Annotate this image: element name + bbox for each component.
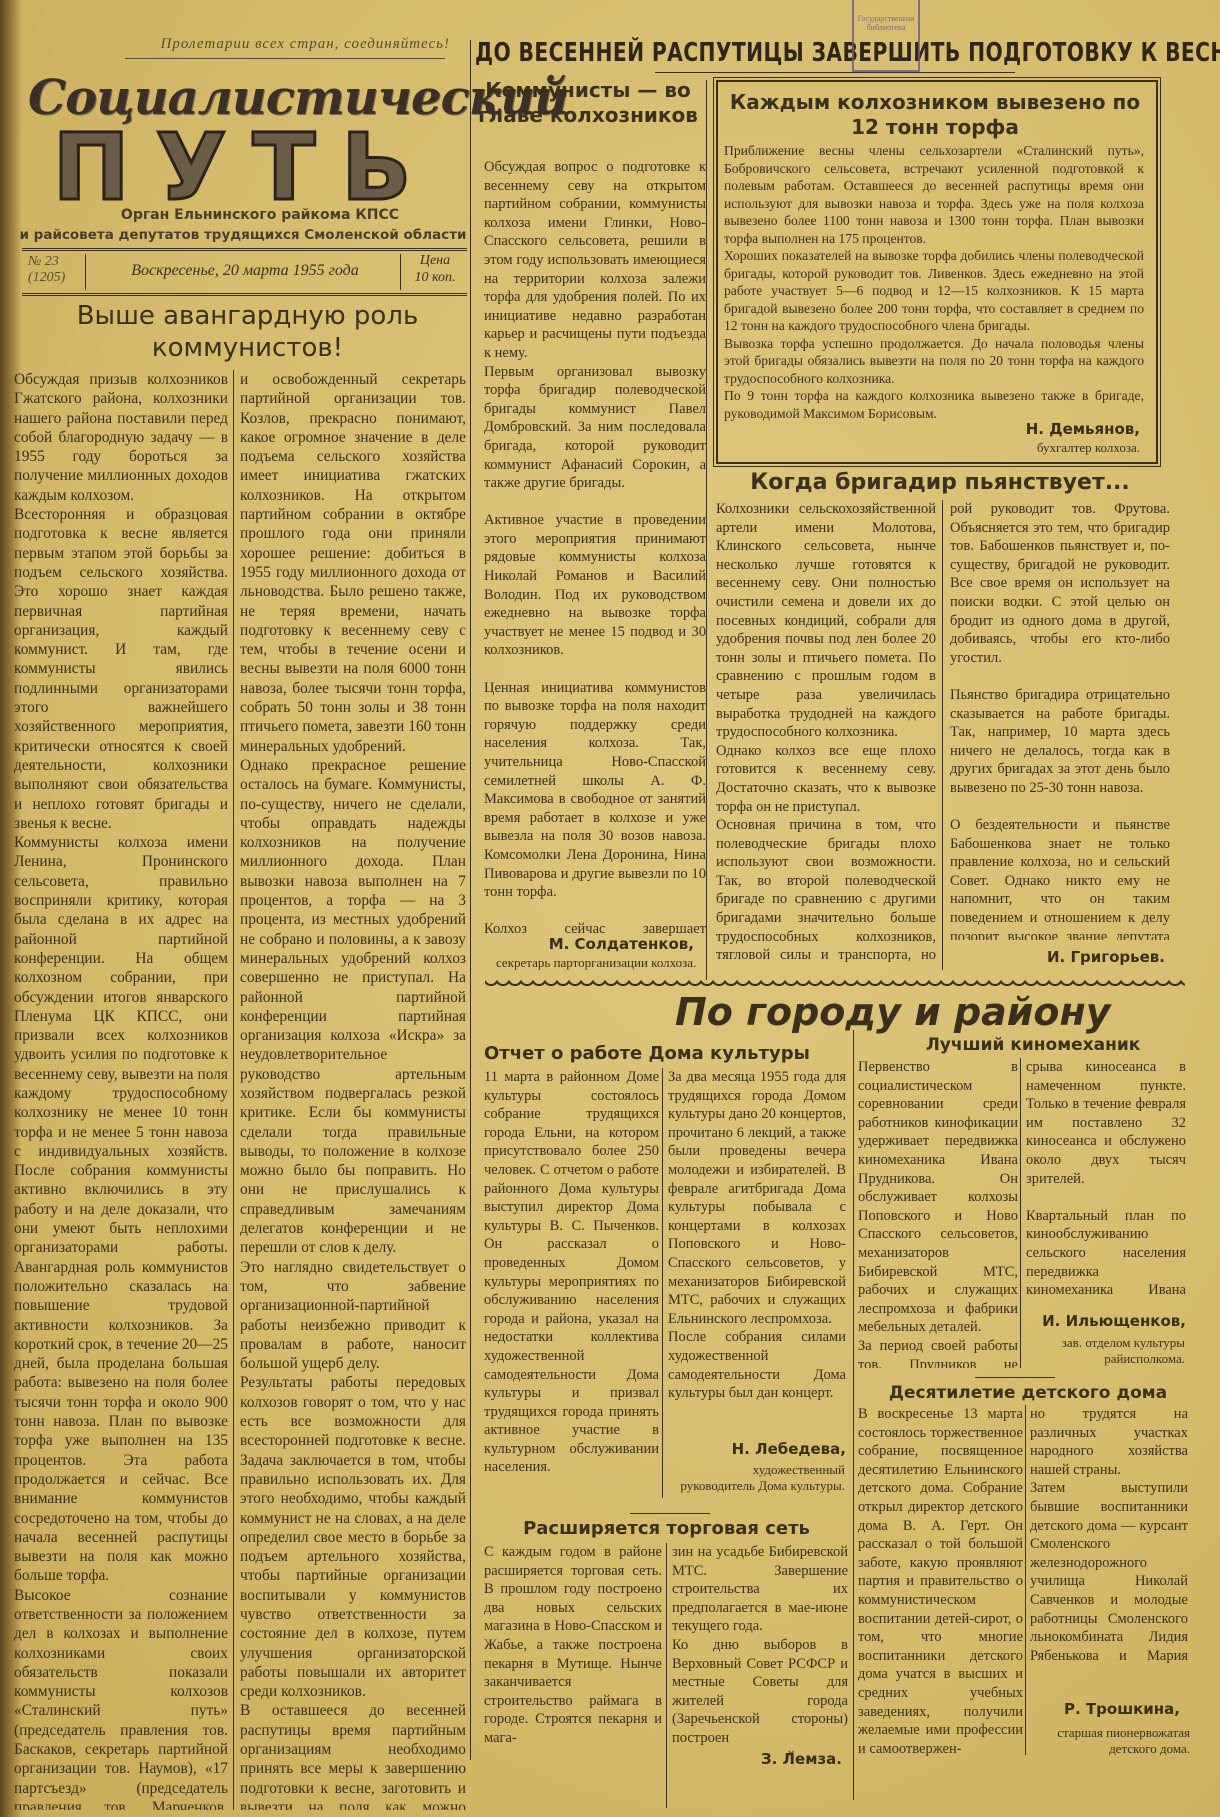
newspaper-title-block: ПУТЬ	[30, 128, 460, 208]
wavy-section-divider	[485, 980, 1185, 990]
signature-demyanov: Н. Демьянов,	[720, 420, 1140, 438]
signature-troshkina: Р. Трошкина,	[1030, 1700, 1180, 1718]
article-body-kinomekhanik-col1: Первенство в социалистическом соревнован…	[858, 1058, 1018, 1368]
article-body-dom-kultury-col1: 11 марта в районном Доме культуры состоя…	[484, 1068, 659, 1498]
signature-role-ilyushchenkov: зав. отделом культуры райисполкома.	[1030, 1335, 1185, 1367]
column-divider	[853, 1030, 854, 1800]
library-stamp: Государственная библиотека	[852, 0, 920, 72]
article-title-torgovaya: Расширяется торговая сеть	[484, 1518, 849, 1539]
signature-role-troshkina: старшая пионервожатая детского дома.	[1040, 1725, 1190, 1757]
article-body-brigadir-col1: Колхозники сельскохозяйственной артели и…	[716, 500, 936, 970]
article-body-kinomekhanik-col2: срыва киносеанса в намеченном пункте. То…	[1026, 1058, 1186, 1303]
short-rule	[975, 1377, 1055, 1378]
divider	[85, 254, 86, 290]
masthead-organ-line1: Орган Ельнинского райкома КПСС	[60, 207, 460, 223]
article-body-torf: Приближение весны члены сельхозартели «С…	[724, 142, 1144, 422]
article-body-detdom-col2: но трудятся на различных участках народн…	[1030, 1405, 1188, 1665]
slogan-underline	[125, 58, 445, 59]
issue-price: Цена 10 коп.	[405, 252, 465, 286]
page-banner-headline: ДО ВЕСЕННЕЙ РАСПУТИЦЫ ЗАВЕРШИТЬ ПОДГОТОВ…	[475, 38, 1056, 68]
divider	[400, 254, 401, 290]
signature-lebedeva: Н. Лебедева,	[668, 1440, 846, 1458]
section-title: По городу и району	[675, 990, 1125, 1034]
article-title-dom-kultury: Отчет о работе Дома культуры	[484, 1043, 854, 1064]
article-body-brigadir-col2: рой руководит тов. Фрутова. Объясняется …	[950, 500, 1170, 940]
article-body-torgovaya-col1: С каждым годом в районе расширяется торг…	[484, 1543, 662, 1813]
column-divider	[1025, 1405, 1026, 1755]
article-body-avangard-col1: Обсуждая призыв колхозников Гжатского ра…	[14, 370, 228, 1810]
article-body-torgovaya-col2: зин на усадьбе Бибиревской МТС. Завершен…	[672, 1543, 848, 1753]
short-rule	[630, 1513, 710, 1514]
signature-role-demyanov: бухгалтер колхоза.	[720, 440, 1140, 456]
article-title-brigadir: Когда бригадир пьянствует...	[720, 470, 1160, 495]
signature-soldatenkov: М. Солдатенков,	[484, 935, 694, 953]
signature-grigoryev: И. Григорьев.	[950, 948, 1165, 966]
column-divider	[666, 1543, 667, 1808]
signature-ilyushchenkov: И. Ильющенков,	[1026, 1312, 1186, 1330]
column-divider	[662, 1068, 663, 1498]
column-divider	[942, 500, 943, 970]
article-title-avangard: Выше авангардную роль коммунистов!	[25, 300, 470, 364]
column-divider	[1020, 1058, 1021, 1368]
article-title-torf: Каждым колхозником вывезено по 12 тонн т…	[720, 90, 1150, 140]
column-divider	[470, 40, 471, 1760]
article-title-kommunisty: Коммунисты — во главе колхозников	[478, 78, 698, 128]
article-body-kommunisty: Обсуждая вопрос о подготовке к весеннему…	[484, 158, 706, 938]
masthead-slogan: Пролетарии всех стран, соединяйтесь!	[120, 36, 450, 53]
column-divider	[706, 80, 707, 980]
banner-underline	[655, 72, 1015, 73]
article-body-detdom-col1: В воскресенье 13 марта состоялось торжес…	[858, 1405, 1023, 1805]
article-title-kinomekhanik: Лучший киномеханик	[858, 1035, 1208, 1055]
issue-date: Воскресенье, 20 марта 1955 года	[95, 262, 395, 280]
masthead-organ-line2: и райсовета депутатов трудящихся Смоленс…	[18, 227, 468, 243]
article-body-dom-kultury-col2: За два месяца 1955 года для трудящихся г…	[668, 1068, 846, 1448]
issue-number: № 23 (1205)	[28, 254, 78, 286]
column-divider	[233, 370, 234, 1810]
article-title-detdom: Десятилетие детского дома	[858, 1383, 1198, 1403]
signature-role-soldatenkov: секретарь парторганизации колхоза.	[484, 955, 718, 971]
article-body-avangard-col2: и освобожденный секретарь партийной орга…	[240, 370, 466, 1810]
signature-lemza: З. Лемза.	[672, 1750, 842, 1768]
signature-role-lebedeva: художественный руководитель Дома культур…	[680, 1462, 845, 1494]
